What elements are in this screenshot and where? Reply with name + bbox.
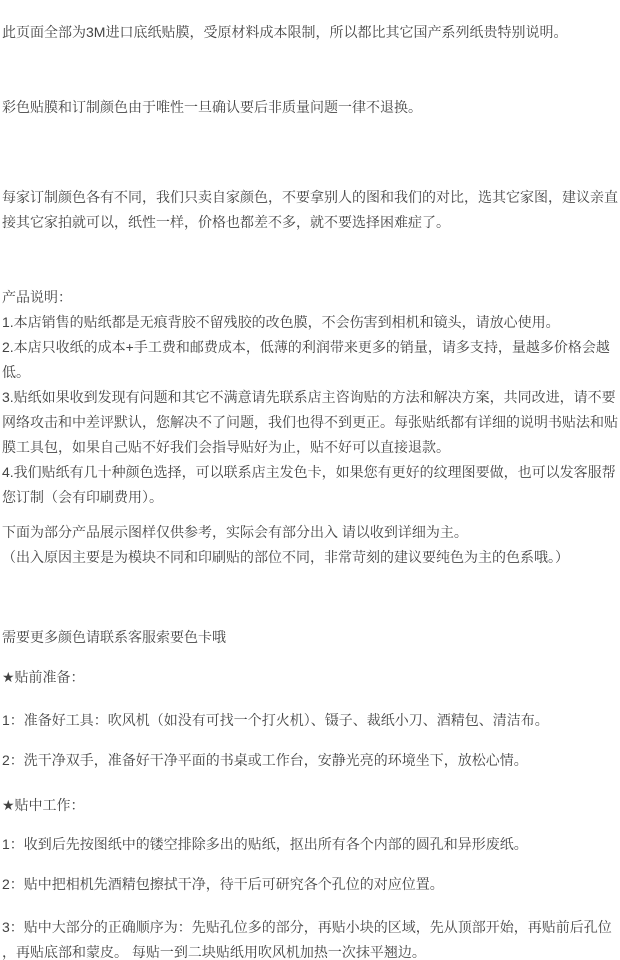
apply-step-2: 2：贴中把相机先酒精包擦拭干净，待干后可研究各个孔位的对应位置。 (2, 872, 618, 897)
product-desc-item-1: 1.本店销售的贴纸都是无痕背胶不留残胶的改色膜，不会伤害到相机和镜头，请放心使用… (2, 310, 618, 335)
product-desc-item-2: 2.本店只收纸的成本+手工费和邮费成本，低薄的利润带来更多的销量，请多支持，量越… (2, 335, 618, 385)
product-desc-item-3: 3.贴纸如果收到发现有问题和其它不满意请先联系店主咨询贴的方法和解决方案，共同改… (2, 385, 618, 460)
intro-3m-material-note: 此页面全部为3M进口底纸贴膜，受原材料成本限制，所以都比其它国产系列纸贵特别说明… (2, 20, 618, 45)
product-desc-item-4: 4.我们贴纸有几十种颜色选择，可以联系店主发色卡，如果您有更好的纹理图要做，也可… (2, 460, 618, 510)
custom-color-comparison-note: 每家订制颜色各有不同，我们只卖自家颜色，不要拿别人的图和我们的对比，选其它家图，… (2, 185, 618, 235)
sample-image-disclaimer-reason: （出入原因主要是为模块不同和印刷贴的部位不同，非常苛刻的建议要纯色为主的色系哦。… (2, 545, 618, 570)
sample-image-disclaimer: 下面为部分产品展示图样仅供参考，实际会有部分出入 请以收到详细为主。 (2, 520, 618, 545)
product-description-heading: 产品说明： (2, 285, 618, 310)
apply-step-1: 1：收到后先按图纸中的镂空排除多出的贴纸，抠出所有各个内部的圆孔和异形废纸。 (2, 832, 618, 857)
apply-step-3: 3：贴中大部分的正确顺序为：先贴孔位多的部分，再贴小块的区域，先从顶部开始，再贴… (2, 915, 618, 960)
product-description-page: { "page": { "background_color": "#ffffff… (0, 0, 620, 960)
prep-step-1: 1：准备好工具：吹风机（如没有可找一个打火机）、镊子、裁纸小刀、酒精包、清洁布。 (2, 708, 618, 733)
prep-step-2: 2：洗干净双手，准备好干净平面的书桌或工作台，安静光亮的环境坐下，放松心情。 (2, 748, 618, 773)
no-return-policy-note: 彩色贴膜和订制颜色由于唯性一旦确认要后非质量问题一律不退换。 (2, 95, 618, 120)
contact-for-color-card-note: 需要更多颜色请联系客服索要色卡哦 (2, 625, 618, 650)
during-apply-heading: ★贴中工作： (2, 793, 618, 818)
document-body: 此页面全部为3M进口底纸贴膜，受原材料成本限制，所以都比其它国产系列纸贵特别说明… (0, 20, 620, 960)
pre-apply-prep-heading: ★贴前准备： (2, 665, 618, 690)
